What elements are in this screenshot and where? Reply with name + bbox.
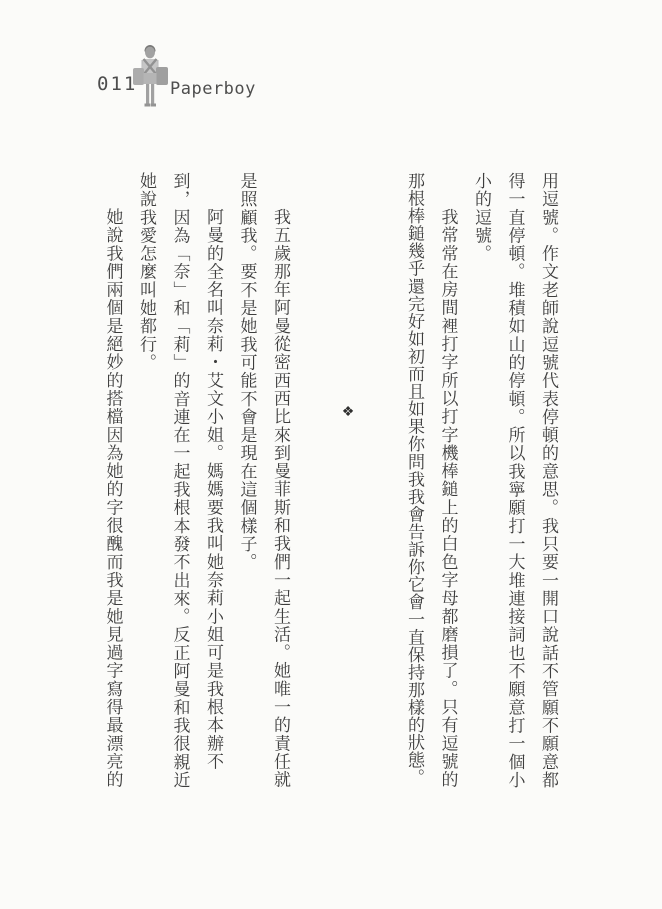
paperboy-illustration xyxy=(130,44,170,110)
text-column: 小的逗號。 xyxy=(465,172,499,796)
text-column: 是照顧我。要不是她我可能不會是現在這個樣子。 xyxy=(230,172,264,796)
text-column: 得一直停頓。堆積如山的停頓。所以我寧願打一大堆連接詞也不願意打一個小 xyxy=(498,172,532,796)
figure-shorts xyxy=(144,73,157,84)
text-column: 我常常在房間裡打字所以打字機棒鎚上的白色字母都磨損了。只有逗號的 xyxy=(431,172,465,796)
figure-leg-right xyxy=(151,84,154,104)
book-page: 011 Paperboy 用逗號。作文老師說逗號代表停頓的意思。我只要一開口說話… xyxy=(0,0,662,909)
figure-newspaper-bag-left xyxy=(133,68,144,85)
text-column: 她說我們兩個是絕妙的搭檔因為她的字很醜而我是她見過字寫得最漂亮的 xyxy=(96,172,130,796)
text-column: 用逗號。作文老師說逗號代表停頓的意思。我只要一開口說話不管願不願意都 xyxy=(532,172,566,796)
text-column: 到，因為「奈」和「莉」的音連在一起我根本發不出來。反正阿曼和我很親近 xyxy=(163,172,197,796)
text-column: 阿曼的全名叫奈莉・艾文小姐。媽媽要我叫她奈莉小姐可是我根本辦不 xyxy=(197,172,231,796)
figure-head xyxy=(145,47,155,59)
section-divider-ornament: ❖ xyxy=(331,172,365,796)
text-column: 她說我愛怎麼叫她都行。 xyxy=(130,172,164,796)
text-column: 我五歲那年阿曼從密西西比來到曼菲斯和我們一起生活。她唯一的責任就 xyxy=(264,172,298,796)
figure-newspaper-bag-right xyxy=(156,67,168,85)
figure-shoe-left xyxy=(145,104,151,107)
figure-leg-left xyxy=(146,84,149,104)
page-body-text: 用逗號。作文老師說逗號代表停頓的意思。我只要一開口說話不管願不願意都 得一直停頓… xyxy=(95,172,565,796)
text-column: 那根棒鎚幾乎還完好如初而且如果你問我我會告訴你它會一直保持那樣的狀態。 xyxy=(398,172,432,796)
book-title: Paperboy xyxy=(170,79,256,99)
figure-shoe-right xyxy=(151,104,157,107)
